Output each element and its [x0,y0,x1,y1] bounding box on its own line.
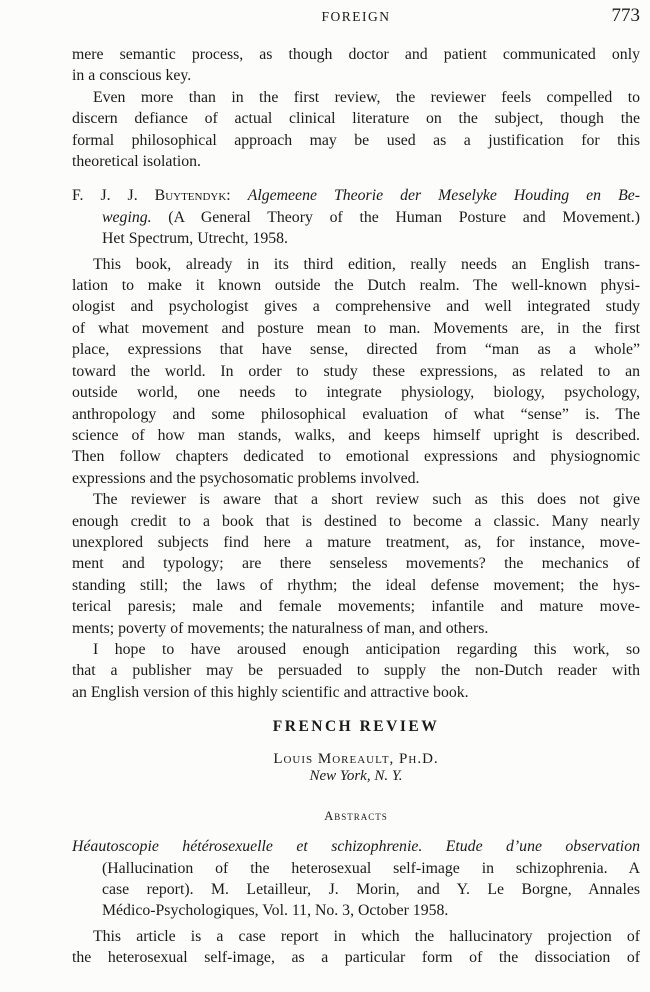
text-line: I hope to have aroused enough anticipati… [72,639,640,660]
running-title: FOREIGN [72,9,640,25]
reviewer-location: New York, N. Y. [72,768,640,785]
text-line: of what movement and posture mean to man… [72,318,640,339]
text-line: Then follow chapters dedicated to emotio… [72,446,640,467]
text-line: discern defiance of actual clinical lite… [72,108,640,129]
text-line: This article is a case report in which t… [72,926,640,947]
text-line: Het Spectrum, Utrecht, 1958. [72,228,640,249]
reviewer-byline: Louis Moreault, Ph.D. [72,751,640,768]
journal-page-scan: FOREIGN 773 mere semantic process, as th… [0,0,650,992]
text-line: Héautoscopie hétérosexuelle et schizophr… [72,836,640,857]
text-line: case report). M. Letailleur, J. Morin, a… [72,879,640,900]
text-line: in a conscious key. [72,65,640,86]
text-line: that a publisher may be persuaded to sup… [72,660,640,681]
text-line: enough credit to a book that is destined… [72,511,640,532]
text-line: ologist and psychologist gives a compreh… [72,296,640,317]
text-line: weging. (A General Theory of the Human P… [72,207,640,228]
text-line: F. J. J. Buytendyk: Algemeene Theorie de… [72,185,640,206]
text-line: (Hallucination of the heterosexual self-… [72,858,640,879]
paragraph: The reviewer is aware that a short revie… [72,489,640,639]
text-line: lation to make it known outside the Dutc… [72,275,640,296]
text-line: standing still; the laws of rhythm; the … [72,575,640,596]
text-line: ment and typology; are there senseless m… [72,553,640,574]
text-line: Médico-Psychologiques, Vol. 11, No. 3, O… [72,900,640,921]
text-line: an English version of this highly scient… [72,682,640,703]
abstract-citation: Héautoscopie hétérosexuelle et schizophr… [72,836,640,922]
paragraph: Even more than in the first review, the … [72,87,640,173]
text-line: anthropology and some philosophical eval… [72,404,640,425]
text-line: unexplored subjects find here a mature t… [72,532,640,553]
text-line: theoretical isolation. [72,151,640,172]
paragraph-continuation: mere semantic process, as though doctor … [72,44,640,87]
paragraph: This article is a case report in which t… [72,926,640,969]
paragraph: I hope to have aroused enough anticipati… [72,639,640,703]
text-line: the heterosexual self-image, as a partic… [72,947,640,968]
text-line: toward the world. In order to study thes… [72,361,640,382]
page-body: mere semantic process, as though doctor … [72,44,640,969]
text-line: mere semantic process, as though doctor … [72,44,640,65]
text-line: outside world, one needs to integrate ph… [72,382,640,403]
page-number: 773 [612,5,641,27]
page-header: FOREIGN 773 [72,5,640,33]
text-line: science of how man stands, walks, and ke… [72,425,640,446]
book-citation-buytendyk: F. J. J. Buytendyk: Algemeene Theorie de… [72,185,640,249]
text-line: The reviewer is aware that a short revie… [72,489,640,510]
text-line: terical paresis; male and female movemen… [72,596,640,617]
text-line: This book, already in its third edition,… [72,254,640,275]
text-line: Even more than in the first review, the … [72,87,640,108]
text-line: expressions and the psychosomatic proble… [72,468,640,489]
section-heading-french-review: FRENCH REVIEW [72,717,640,737]
text-line: formal philosophical approach may be use… [72,130,640,151]
text-line: ments; poverty of movements; the natural… [72,618,640,639]
text-line: place, expressions that have sense, dire… [72,339,640,360]
paragraph: This book, already in its third edition,… [72,254,640,489]
abstracts-subheading: Abstracts [72,809,640,823]
